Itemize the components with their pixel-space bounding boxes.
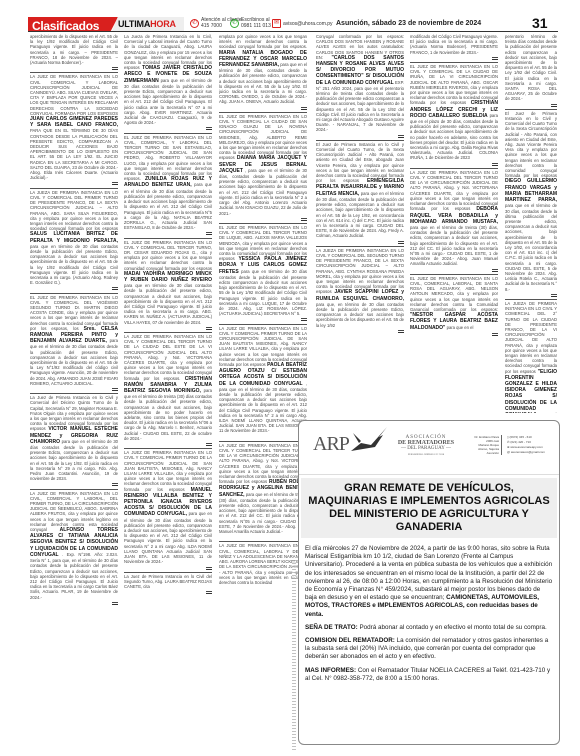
legal-notice: El Juez de Primera Instancia en lo Civil… bbox=[505, 109, 557, 299]
notice-tail: para que en el plazo de 30 días, contado… bbox=[410, 113, 498, 161]
legal-notice: La Jueza de Primera Instancia en lo Civi… bbox=[124, 33, 212, 133]
column-6: perentorio término de treinta días conta… bbox=[505, 33, 557, 413]
notice-tail: para que en el término de 30 días, conta… bbox=[316, 191, 404, 239]
notice-tail: para que en el término de 30 días contad… bbox=[124, 182, 212, 230]
notice-text: LA JUEZA DE PRIMERA INSTANCIA EN LO CIVI… bbox=[316, 248, 404, 295]
email-icon: @ bbox=[507, 450, 510, 454]
contact-value: www.asoremateapy.com bbox=[510, 445, 542, 449]
notice-tail: para que en el término de 30 días, conta… bbox=[505, 203, 557, 291]
legal-notice: perentorio término de treinta días conta… bbox=[505, 33, 557, 109]
legal-notice: La Juez de Primera Instancia en lo Civil… bbox=[30, 393, 118, 488]
contact-value: avisos@uhora.com.py bbox=[283, 21, 333, 27]
notice-tail: EXP. N° 251 AÑO 2024, para que en el per… bbox=[316, 80, 404, 133]
notice-tail: para que en el término de treinta (30) d… bbox=[124, 388, 212, 441]
legal-notice: El Juez de Primera Instancia en lo Civil… bbox=[316, 140, 404, 246]
notice-tail: , para que en el término de 30 días, con… bbox=[219, 168, 307, 216]
notice-tail: para que, en término de 30 días contados… bbox=[316, 302, 404, 328]
vertical-classified-strip bbox=[292, 560, 296, 750]
notice-code: ▬▬ bbox=[30, 285, 118, 290]
notice-text: modificado del Código Civil Paraguayo vi… bbox=[410, 34, 498, 55]
notice-text: LA JUEZ DE PRIMERA INSTANCIA EN LO CIVIL… bbox=[124, 450, 212, 491]
notice-code: ▬▬ bbox=[505, 102, 557, 107]
comision-label: COMISION DEL REMATADOR: bbox=[305, 637, 395, 644]
notice-text: LA JUEZ DE PRIMERA INSTANCIA EN LO CIVIL… bbox=[219, 326, 307, 367]
info-label: MAS INFORMES: bbox=[305, 667, 356, 674]
notice-code: ▬▬ bbox=[219, 105, 307, 110]
notice-code: ▬▬ bbox=[410, 161, 498, 166]
notice-text: EL JUEZ DE PRIMERA INSTANCIA EN LO CIVIL… bbox=[124, 240, 212, 271]
notice-tail: para que en el término de 30 días contad… bbox=[30, 338, 118, 386]
notice-code: ▬▬ bbox=[124, 565, 212, 570]
notice-code: ▬▬ bbox=[505, 292, 557, 297]
notice-parties: DIEGO GUILLERMO FRANCO VARGAS y MARIA BE… bbox=[505, 178, 557, 203]
dateline: Asunción, sábado 23 de noviembre de 2024 bbox=[336, 20, 481, 27]
column-1: apercibimiento de lo dispuesto en el Art… bbox=[30, 33, 118, 753]
notice-tail: para que en término de 30 días contados … bbox=[219, 269, 307, 317]
sena-text: Podrá abonar al contado y en efectivo el… bbox=[358, 624, 547, 631]
legal-notice: emplaza por quince veces a los que tenga… bbox=[219, 33, 307, 112]
notice-code: ▬▬ bbox=[219, 316, 307, 321]
notice-code: ▬▬ bbox=[30, 65, 118, 70]
notice-tail: para que en el término de treinta (30) d… bbox=[219, 492, 307, 534]
notice-text: El Juez de Primera Instancia en lo Civil… bbox=[316, 142, 404, 183]
notice-code: ▬▬ bbox=[30, 180, 118, 185]
org-contacts: ▯ (0972) 345 - 610 ✆ (021) 420 - 710 ⊕ w… bbox=[507, 435, 545, 455]
notice-tail: para que en el bbox=[447, 325, 474, 330]
auction-ad: ARP ASOCIACIÓN DE REMATADORES — DEL PARA… bbox=[298, 420, 560, 745]
legal-notice: EL JUEZ DE PRIMERA INSTANCIA EN LO CIVIL… bbox=[410, 62, 498, 168]
legal-notice: EL JUEZ DE PRIMERA INSTANCIA EN LO CIVIL… bbox=[219, 223, 307, 324]
contact-email: ✉ avisos@uhora.com.py bbox=[272, 19, 333, 28]
legal-notice: LA JUEZ DE PRIMERA INSTANCIA EN LO CIVIL… bbox=[30, 489, 118, 607]
notice-text: EL JUEZ DE PRIMERA INSTANCIA EN LO CIVIL… bbox=[124, 135, 212, 182]
notice-code: ▬▬ bbox=[124, 230, 212, 235]
notice-code: ▬▬ bbox=[30, 386, 118, 391]
notice-tail: para que en el término de 30 días contad… bbox=[124, 511, 212, 564]
notice-text: LA JUEZ DE PRIMERA INSTANCIA EN LO CIVIL… bbox=[410, 170, 498, 211]
contact-value: asoremateco@gmail.com bbox=[511, 450, 545, 454]
legal-notice: LA JUEZ DE PRIMERA INSTANCIA EN LO CIVIL… bbox=[219, 324, 307, 441]
legal-notice: EL JUEZ DE PRIMERA INSTANCIA EN LO CIVIL… bbox=[410, 274, 498, 338]
legal-notice: La Juez de Primera Instancia en lo Civil… bbox=[124, 572, 212, 597]
notice-code: ▬▬ bbox=[219, 434, 307, 439]
logo-main: ULTIMA bbox=[118, 19, 150, 29]
legal-notice: LA JUEZ DE PRIMERA INSTANCIA EN LO CIVIL… bbox=[410, 168, 498, 274]
org-address: Dr. Emiliano Paiva 2066 casi Mariano Roq… bbox=[464, 435, 502, 455]
details-text: El día miércoles 27 de Noviembre de 2024… bbox=[305, 545, 552, 601]
notice-code: ▬▬ bbox=[30, 600, 118, 605]
ad-paragraph-details: El día miércoles 27 de Noviembre de 2024… bbox=[305, 545, 553, 619]
newspaper-logo: ULTIMAHORA bbox=[118, 19, 176, 29]
ad-paragraph-sena: SEÑA DE TRATO: Podrá abonar al contado y… bbox=[305, 624, 553, 632]
whatsapp-icon: ✆ bbox=[230, 19, 239, 28]
legal-notice: apercibimiento de lo dispuesto en el Art… bbox=[30, 33, 118, 72]
notice-text: emplaza por quince veces a los que tenga… bbox=[219, 34, 307, 49]
notice-code: ▬▬ bbox=[316, 328, 404, 333]
notice-text: perentorio término de treinta días conta… bbox=[505, 34, 557, 101]
notice-code: ▬▬ bbox=[124, 441, 212, 446]
notice-tail: para que en término de 30 días contados … bbox=[30, 244, 118, 285]
contact-whatsapp: ✆ Escríbinos al0981 111 013 bbox=[230, 17, 271, 29]
notice-code: ▬▬ bbox=[124, 589, 212, 594]
envelope-icon: ✉ bbox=[272, 19, 281, 28]
notice-code: ▬▬ bbox=[30, 481, 118, 486]
legal-notice: EL JUEZ DE PRIMERA INSTANCIA EN LO CIVIL… bbox=[124, 238, 212, 332]
notice-text: El Juez de Primera Instancia en lo Civil… bbox=[505, 111, 557, 178]
notice-code: ▬▬ bbox=[410, 331, 498, 336]
ad-paragraph-info: MAS INFORMES: Con el Rematador Titular N… bbox=[305, 667, 553, 683]
legal-notice: Conyugal conformada por los esposos: CAR… bbox=[316, 33, 404, 140]
logo-accent: HORA bbox=[150, 19, 176, 29]
contact-value: (021) 420 - 710 bbox=[510, 440, 531, 444]
notice-parties: MADAI YADHIRA MORINIGO MINCK Y RUBEN DAR… bbox=[124, 271, 212, 283]
notice-tail: para que en término de 30 días contados … bbox=[124, 283, 212, 324]
notice-text: EL JUEZ DE PRIMERA INSTANCIA EN LO CIVIL… bbox=[410, 276, 498, 312]
notice-code: ▬▬ bbox=[410, 267, 498, 272]
notice-text: LA JUEZ DE PRIMERA INSTANCIA EN LO CIVIL… bbox=[30, 491, 118, 532]
column-5: modificado del Código Civil Paraguayo vi… bbox=[410, 33, 498, 413]
legal-notice: LA JUEZ DE PRIMERA INSTANCIA EN LO CIVIL… bbox=[30, 72, 118, 187]
legal-notice: LA JUEZA DE PRIMERA INSTANCIA EN LO CIVI… bbox=[316, 246, 404, 335]
legal-notice: EL JUEZ DE PRIMERA INSTANCIA EN LO CIVIL… bbox=[124, 133, 212, 238]
notice-tail: para que en el término de 30 días contad… bbox=[30, 439, 118, 481]
notice-text: EL JUEZ DE PRIMERA INSTANCIA EN LO CIVIL… bbox=[219, 114, 307, 161]
contact-value: (0972) 345 - 610 bbox=[510, 435, 532, 439]
notice-text: La Juez de Primera Instancia en lo Civil… bbox=[124, 574, 212, 589]
org-name: ASOCIACIÓN DE REMATADORES — DEL PARAGUAY… bbox=[391, 435, 461, 456]
notice-parties: JUAN CARLOS GIMENEZ PAREDES Y SARA ISABE… bbox=[30, 116, 118, 128]
legal-notice: EL JUEZ DE PRIMERA INSTANCIA EN LO CIVIL… bbox=[219, 112, 307, 223]
ad-body: El día miércoles 27 de Noviembre de 2024… bbox=[299, 541, 559, 692]
notice-tail: para que en el término de treinta (30) d… bbox=[410, 225, 498, 266]
phone-icon: ✆ bbox=[190, 19, 199, 28]
notice-parties: "ELIGIO FLORENTIN GONZALEZ E HILDA ISIDO… bbox=[505, 369, 557, 413]
notice-text: LA JUEZ DE PRIMERA INSTANCIA EN LO CIVIL… bbox=[124, 334, 212, 381]
section-banner: Clasificados bbox=[28, 17, 118, 31]
notice-code: ▬▬ bbox=[124, 325, 212, 330]
notice-parties: SALUS LUCITANIA BRITEZ DE PERALTA Y MIGD… bbox=[30, 231, 118, 243]
notice-code: ▬▬ bbox=[124, 125, 212, 130]
org-line-4: PERSONERIA JURÍDICA N° 9138 bbox=[391, 453, 461, 456]
header-rule bbox=[28, 31, 558, 32]
mobile-icon: ▯ bbox=[507, 435, 509, 439]
notice-tail: para que en el término de 30 días contad… bbox=[124, 78, 212, 126]
ad-title: GRAN REMATE DE VEHÍCULOS, MAQUINARIAS E … bbox=[301, 478, 557, 538]
condor-icon bbox=[349, 425, 389, 455]
contact-value: 0981 111 013 bbox=[241, 23, 271, 29]
contact-email: @ asoremateco@gmail.com bbox=[507, 450, 545, 455]
legal-notice: LA JUEZ DE PRIMERA INSTANCIA EN LO CIVIL… bbox=[124, 332, 212, 448]
notice-code: ▬▬ bbox=[410, 55, 498, 60]
ad-header: ARP ASOCIACIÓN DE REMATADORES — DEL PARA… bbox=[299, 421, 559, 475]
notice-tail: , para que en el término de 30 días, con… bbox=[219, 381, 307, 434]
notice-tail: PARA QUE EN EL TÉRMINO DE 30 DÍAS CONTAD… bbox=[30, 128, 118, 180]
notice-tail: para que en el término de 30 días, conta… bbox=[219, 62, 307, 104]
org-line-3: — DEL PARAGUAY — bbox=[391, 446, 461, 451]
page-header: Clasificados ULTIMAHORA ✆ Atención al cl… bbox=[0, 0, 580, 30]
ad-paragraph-comision: COMISION DEL REMATADOR: La comisión del … bbox=[305, 637, 553, 662]
notice-code: ▬▬ bbox=[219, 534, 307, 539]
legal-notice: EL JUEZ DE PRIMERA INSTANCIA EN LO CIVIL… bbox=[30, 293, 118, 394]
notice-text: EL JUEZ DE PRIMERA INSTANCIA EN LO CIVIL… bbox=[410, 64, 498, 105]
address-line: Asunción bbox=[464, 451, 499, 455]
legal-notice: LA JUEZ DE PRIMERA INSTANCIA EN LO CIVIL… bbox=[124, 448, 212, 571]
notice-parties: "CARLOS DOS SANTOS HANSEN Y ROSANE ALVES… bbox=[316, 55, 404, 86]
legal-notice: LA JUEZA DE PRIMERA INSTANCIA EN LO CIVI… bbox=[30, 188, 118, 293]
notice-tail: . Exp. N°198. Año: 2.024. Sería N° 1, pa… bbox=[30, 552, 118, 600]
legal-notice: LA JUEZ DE PRIMERA INSTANCIA EN LO CIVIL… bbox=[219, 441, 307, 542]
notice-code: ▬▬ bbox=[219, 216, 307, 221]
column-4: Conyugal conformada por los esposos: CAR… bbox=[316, 33, 404, 413]
notice-text: apercibimiento de lo dispuesto en el Art… bbox=[30, 34, 118, 65]
notice-text: LA JUEZA DE PRIMERA INSTANCIA EN LO CIVI… bbox=[505, 301, 557, 374]
notice-text: LA JUEZ DE PRIMERA INSTANCIA EN LO CIVIL… bbox=[30, 74, 118, 115]
legal-notice: modificado del Código Civil Paraguayo vi… bbox=[410, 33, 498, 62]
notice-text: LA JUEZA DE PRIMERA INSTANCIA EN LO CIVI… bbox=[30, 190, 118, 231]
page-number: 31 bbox=[532, 15, 548, 31]
notice-code: ▬▬ bbox=[316, 133, 404, 138]
notice-code: ▬▬ bbox=[316, 239, 404, 244]
arp-logo: ARP bbox=[313, 433, 349, 456]
legal-notice: LA JUEZA DE PRIMERA INSTANCIA EN LO CIVI… bbox=[505, 299, 557, 413]
column-2: La Jueza de Primera Instancia en lo Civi… bbox=[124, 33, 212, 753]
sena-label: SEÑA DE TRATO: bbox=[305, 624, 358, 631]
